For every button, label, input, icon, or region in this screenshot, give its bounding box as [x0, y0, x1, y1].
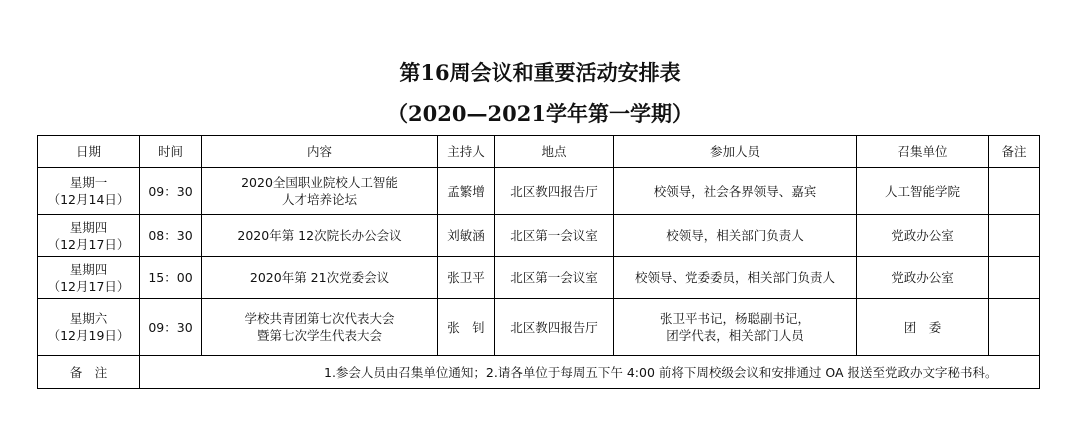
organizer-cell: 党政办公室 [857, 215, 989, 257]
content-line: 人才培养论坛 [202, 191, 437, 208]
location-cell: 北区教四报告厅 [495, 168, 614, 215]
table-row: 星期六 （12月19日） 09：30 学校共青团第七次代表大会 暨第七次学生代表… [38, 299, 1040, 356]
weekday: 星期四 [38, 261, 139, 278]
remarks-row: 备 注 1.参会人员由召集单位通知；2.请各单位于每周五下午 4:00 前将下周… [38, 356, 1040, 389]
host-cell: 刘敏涵 [438, 215, 495, 257]
header-content: 内容 [202, 136, 438, 168]
weekday: 星期六 [38, 310, 139, 327]
remarks-text: 1.参会人员由召集单位通知；2.请各单位于每周五下午 4:00 前将下周校级会议… [140, 356, 1040, 389]
document-subtitle: （2020—2021学年第一学期） [0, 98, 1080, 128]
header-attendees: 参加人员 [614, 136, 857, 168]
organizer-cell: 团 委 [857, 299, 989, 356]
date: （12月19日） [38, 327, 139, 344]
content-line: 学校共青团第七次代表大会 [202, 310, 437, 327]
attendees-cell: 校领导，社会各界领导、嘉宾 [614, 168, 857, 215]
date: （12月14日） [38, 191, 139, 208]
time-cell: 09：30 [140, 168, 202, 215]
date-cell: 星期一 （12月14日） [38, 168, 140, 215]
header-note: 备注 [989, 136, 1040, 168]
organizer-cell: 党政办公室 [857, 257, 989, 299]
table-row: 星期一 （12月14日） 09：30 2020全国职业院校人工智能 人才培养论坛… [38, 168, 1040, 215]
content-cell: 2020年第 21次党委会议 [202, 257, 438, 299]
time-cell: 09：30 [140, 299, 202, 356]
location-cell: 北区教四报告厅 [495, 299, 614, 356]
host-cell: 孟繁增 [438, 168, 495, 215]
date-cell: 星期四 （12月17日） [38, 215, 140, 257]
organizer-cell: 人工智能学院 [857, 168, 989, 215]
date-cell: 星期四 （12月17日） [38, 257, 140, 299]
schedule-table: 日期 时间 内容 主持人 地点 参加人员 召集单位 备注 星期一 （12月14日… [37, 135, 1040, 389]
location-cell: 北区第一会议室 [495, 257, 614, 299]
location-cell: 北区第一会议室 [495, 215, 614, 257]
header-organizer: 召集单位 [857, 136, 989, 168]
note-cell [989, 257, 1040, 299]
time-cell: 15：00 [140, 257, 202, 299]
content-cell: 2020年第 12次院长办公会议 [202, 215, 438, 257]
header-host: 主持人 [438, 136, 495, 168]
document-title: 第16周会议和重要活动安排表 [0, 57, 1080, 87]
content-line: 2020全国职业院校人工智能 [202, 174, 437, 191]
table-row: 星期四 （12月17日） 08：30 2020年第 12次院长办公会议 刘敏涵 … [38, 215, 1040, 257]
content-cell: 2020全国职业院校人工智能 人才培养论坛 [202, 168, 438, 215]
weekday: 星期一 [38, 174, 139, 191]
attendees-cell: 校领导，相关部门负责人 [614, 215, 857, 257]
date-cell: 星期六 （12月19日） [38, 299, 140, 356]
time-cell: 08：30 [140, 215, 202, 257]
attendees-line: 团学代表，相关部门人员 [614, 327, 856, 344]
table-header-row: 日期 时间 内容 主持人 地点 参加人员 召集单位 备注 [38, 136, 1040, 168]
note-cell [989, 168, 1040, 215]
header-time: 时间 [140, 136, 202, 168]
date: （12月17日） [38, 236, 139, 253]
remarks-label: 备 注 [38, 356, 140, 389]
host-cell: 张卫平 [438, 257, 495, 299]
weekday: 星期四 [38, 219, 139, 236]
attendees-line: 张卫平书记，杨聪副书记， [614, 310, 856, 327]
table-row: 星期四 （12月17日） 15：00 2020年第 21次党委会议 张卫平 北区… [38, 257, 1040, 299]
content-line: 暨第七次学生代表大会 [202, 327, 437, 344]
content-cell: 学校共青团第七次代表大会 暨第七次学生代表大会 [202, 299, 438, 356]
header-location: 地点 [495, 136, 614, 168]
note-cell [989, 299, 1040, 356]
attendees-cell: 校领导、党委委员，相关部门负责人 [614, 257, 857, 299]
host-cell: 张 钊 [438, 299, 495, 356]
date: （12月17日） [38, 278, 139, 295]
attendees-cell: 张卫平书记，杨聪副书记， 团学代表，相关部门人员 [614, 299, 857, 356]
header-date: 日期 [38, 136, 140, 168]
note-cell [989, 215, 1040, 257]
